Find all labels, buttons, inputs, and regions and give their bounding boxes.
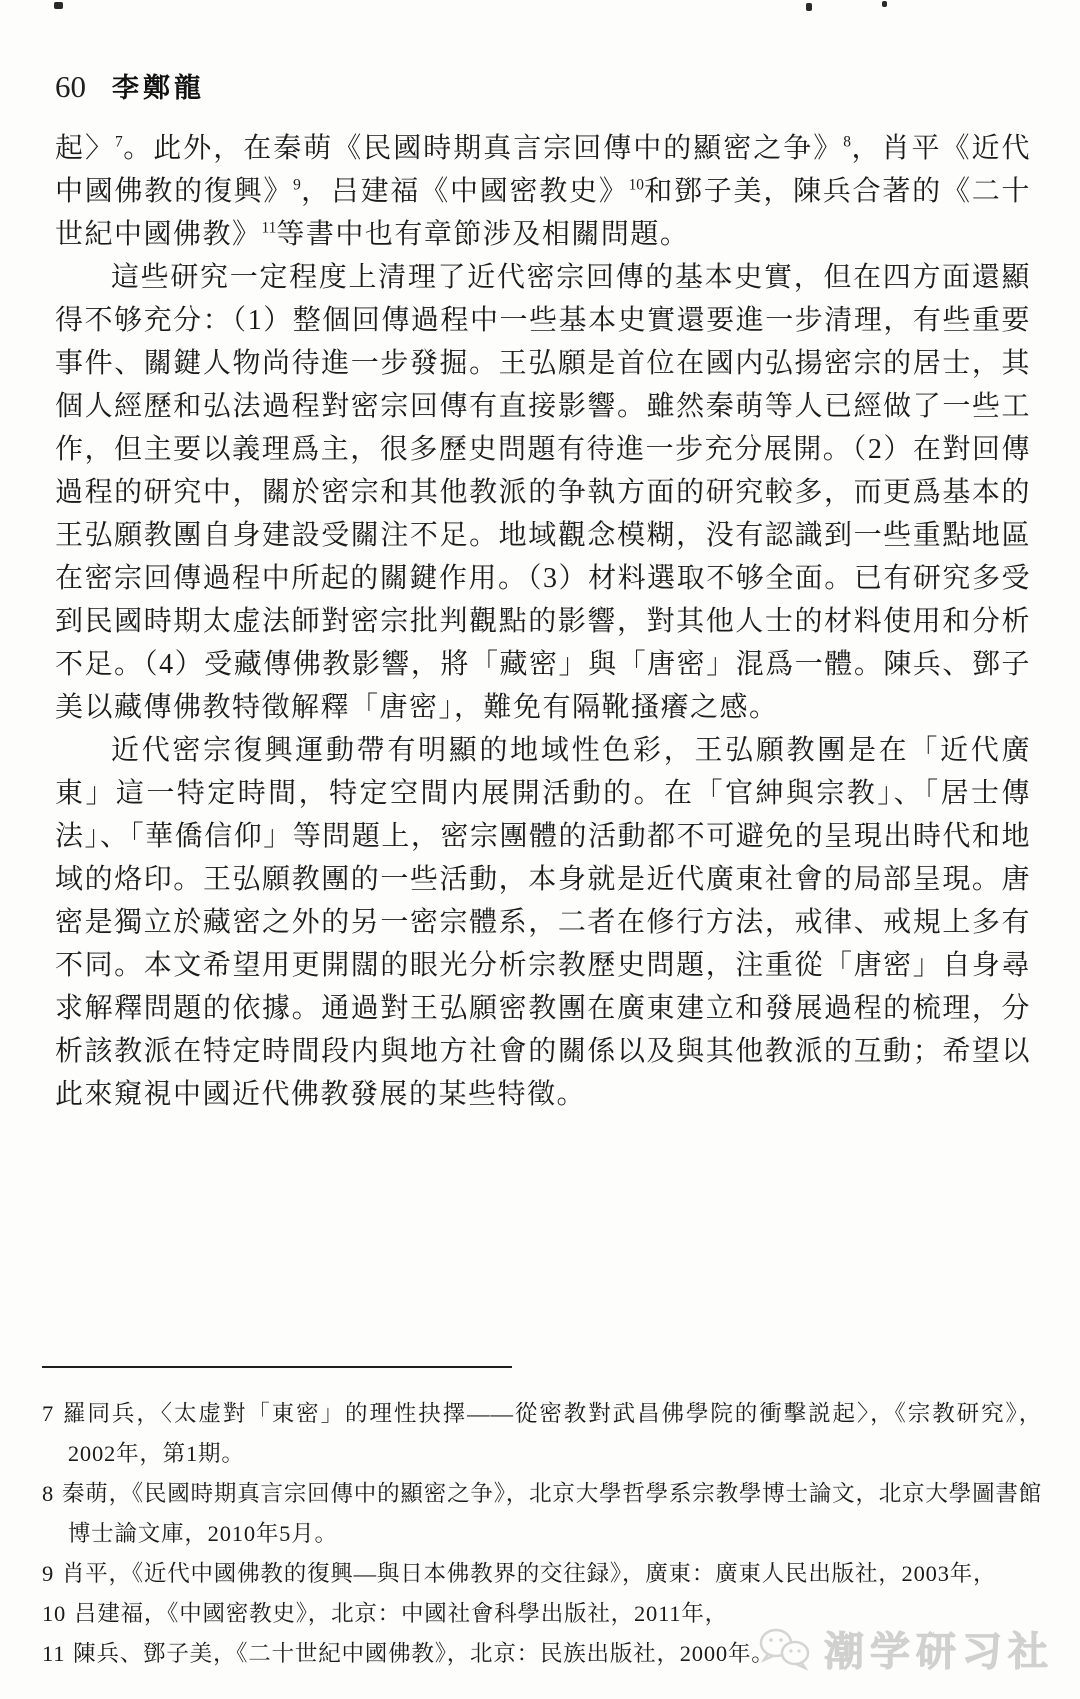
footnote-marker: 8 (42, 1481, 54, 1506)
scanned-book-page: 60 李鄭龍 起〉7。此外，在秦萌《民國時期真言宗回傳中的顯密之争》8，肖平《近… (0, 0, 1080, 1699)
footnote-reference: 8 (843, 134, 851, 151)
body-paragraph: 起〉7。此外，在秦萌《民國時期真言宗回傳中的顯密之争》8，肖平《近代中國佛教的復… (55, 127, 1031, 256)
scan-artifact (806, 3, 812, 11)
body-paragraph: 這些研究一定程度上清理了近代密宗回傳的基本史實，但在四方面還顯得不够充分：（1）… (55, 256, 1031, 729)
footnote-reference: 11 (262, 220, 277, 237)
footnote-item: 9肖平，《近代中國佛教的復興—與日本佛教界的交往録》，廣東：廣東人民出版社，20… (42, 1554, 1042, 1594)
footnote-reference: 10 (629, 177, 644, 194)
footnote-marker: 11 (42, 1641, 65, 1666)
footnote-marker: 10 (42, 1601, 66, 1626)
watermark: 潮学研习社 (756, 1620, 1054, 1677)
scan-artifact (882, 1, 887, 7)
body-text: 起〉7。此外，在秦萌《民國時期真言宗回傳中的顯密之争》8，肖平《近代中國佛教的復… (55, 127, 1031, 1116)
footnote-reference: 7 (115, 134, 123, 151)
scan-artifact (54, 2, 63, 9)
footnote-item: 7羅同兵，〈太虚對「東密」的理性抉擇——從密教對武昌佛學院的衝擊説起〉，《宗教研… (42, 1394, 1042, 1474)
watermark-text: 潮学研习社 (824, 1620, 1054, 1677)
footnote-reference: 9 (293, 177, 301, 194)
wechat-icon (756, 1625, 814, 1673)
footnote-marker: 7 (42, 1401, 54, 1426)
page-number: 60 (55, 69, 86, 105)
footnote-separator (42, 1366, 512, 1368)
body-paragraph: 近代密宗復興運動帶有明顯的地域性色彩，王弘願教團是在「近代廣東」這一特定時間，特… (55, 729, 1031, 1116)
footnote-item: 8秦萌，《民國時期真言宗回傳中的顯密之争》，北京大學哲學系宗教學博士論文，北京大… (42, 1474, 1042, 1554)
footnote-marker: 9 (42, 1561, 54, 1586)
author-name: 李鄭龍 (112, 66, 205, 105)
page-header: 60 李鄭龍 (55, 66, 205, 105)
